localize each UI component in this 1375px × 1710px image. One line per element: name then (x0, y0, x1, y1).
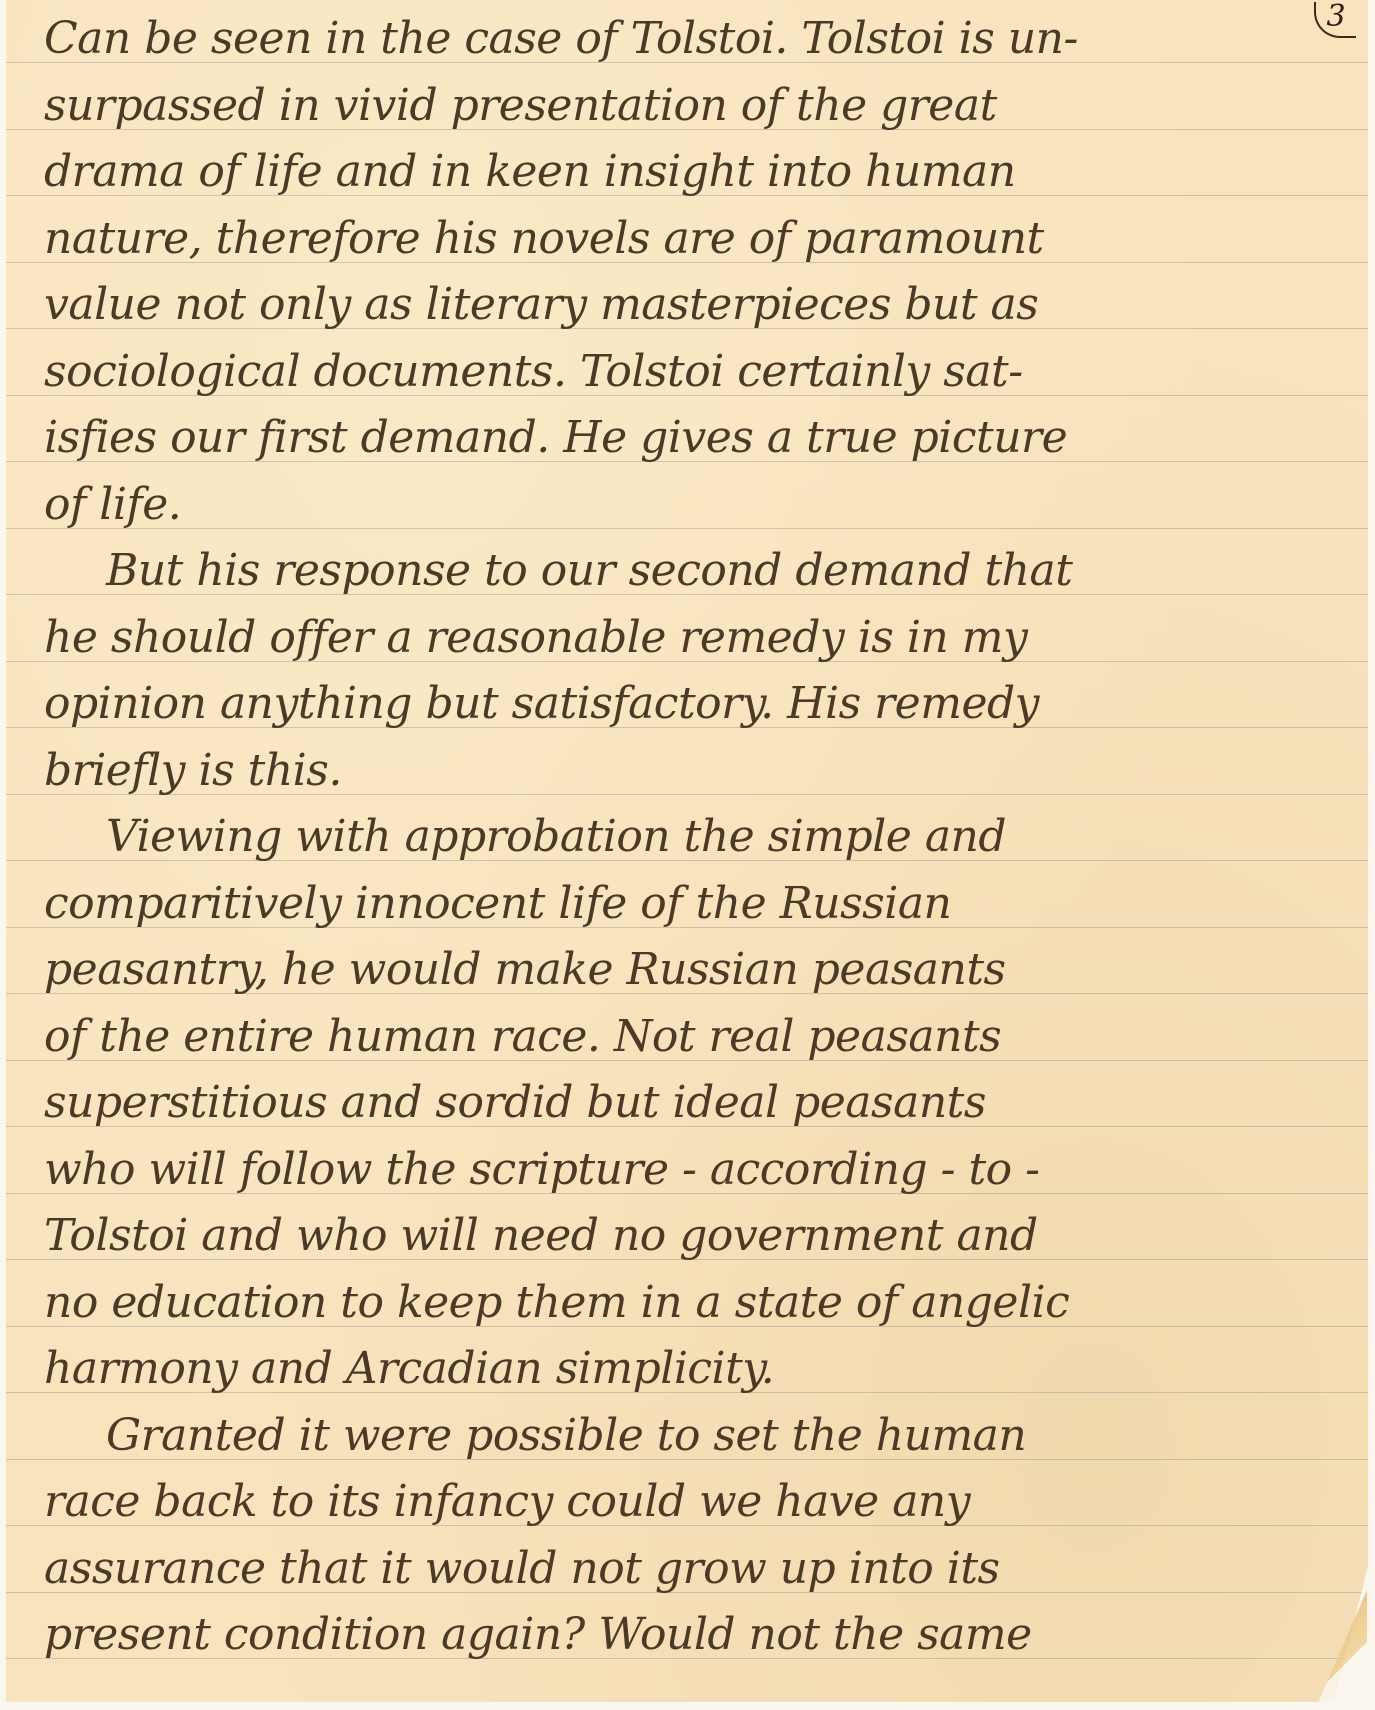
text-line: comparitively innocent life of the Russi… (44, 879, 1338, 929)
text-line: Granted it were possible to set the huma… (106, 1411, 1338, 1461)
text-line: isfies our first demand. He gives a true… (44, 413, 1338, 463)
text-line: sociological documents. Tolstoi certainl… (44, 347, 1338, 397)
text-line: harmony and Arcadian simplicity. (44, 1344, 1338, 1394)
text-line: value not only as literary masterpieces … (44, 280, 1338, 330)
text-line: assurance that it would not grow up into… (44, 1544, 1338, 1594)
text-line: But his response to our second demand th… (106, 546, 1338, 596)
text-line: drama of life and in keen insight into h… (44, 147, 1338, 197)
text-line: race back to its infancy could we have a… (44, 1477, 1338, 1527)
text-line: nature, therefore his novels are of para… (44, 214, 1338, 264)
text-line: he should offer a reasonable remedy is i… (44, 613, 1338, 663)
text-line: no education to keep them in a state of … (44, 1278, 1338, 1328)
manuscript-page: 3 Can be seen in the case of Tolstoi. To… (6, 0, 1368, 1702)
text-line: peasantry, he would make Russian peasant… (44, 945, 1338, 995)
text-line: of the entire human race. Not real peasa… (44, 1012, 1338, 1062)
text-line: surpassed in vivid presentation of the g… (44, 81, 1338, 131)
text-line: who will follow the scripture - accordin… (44, 1145, 1338, 1195)
text-line: opinion anything but satisfactory. His r… (44, 679, 1338, 729)
text-line: of life. (44, 480, 1338, 530)
text-line: Can be seen in the case of Tolstoi. Tols… (44, 14, 1338, 64)
text-line: Tolstoi and who will need no government … (44, 1211, 1338, 1261)
text-line: Viewing with approbation the simple and (106, 812, 1338, 862)
text-line: briefly is this. (44, 746, 1338, 796)
text-line: present condition again? Would not the s… (44, 1610, 1338, 1660)
text-line: superstitious and sordid but ideal peasa… (44, 1078, 1338, 1128)
